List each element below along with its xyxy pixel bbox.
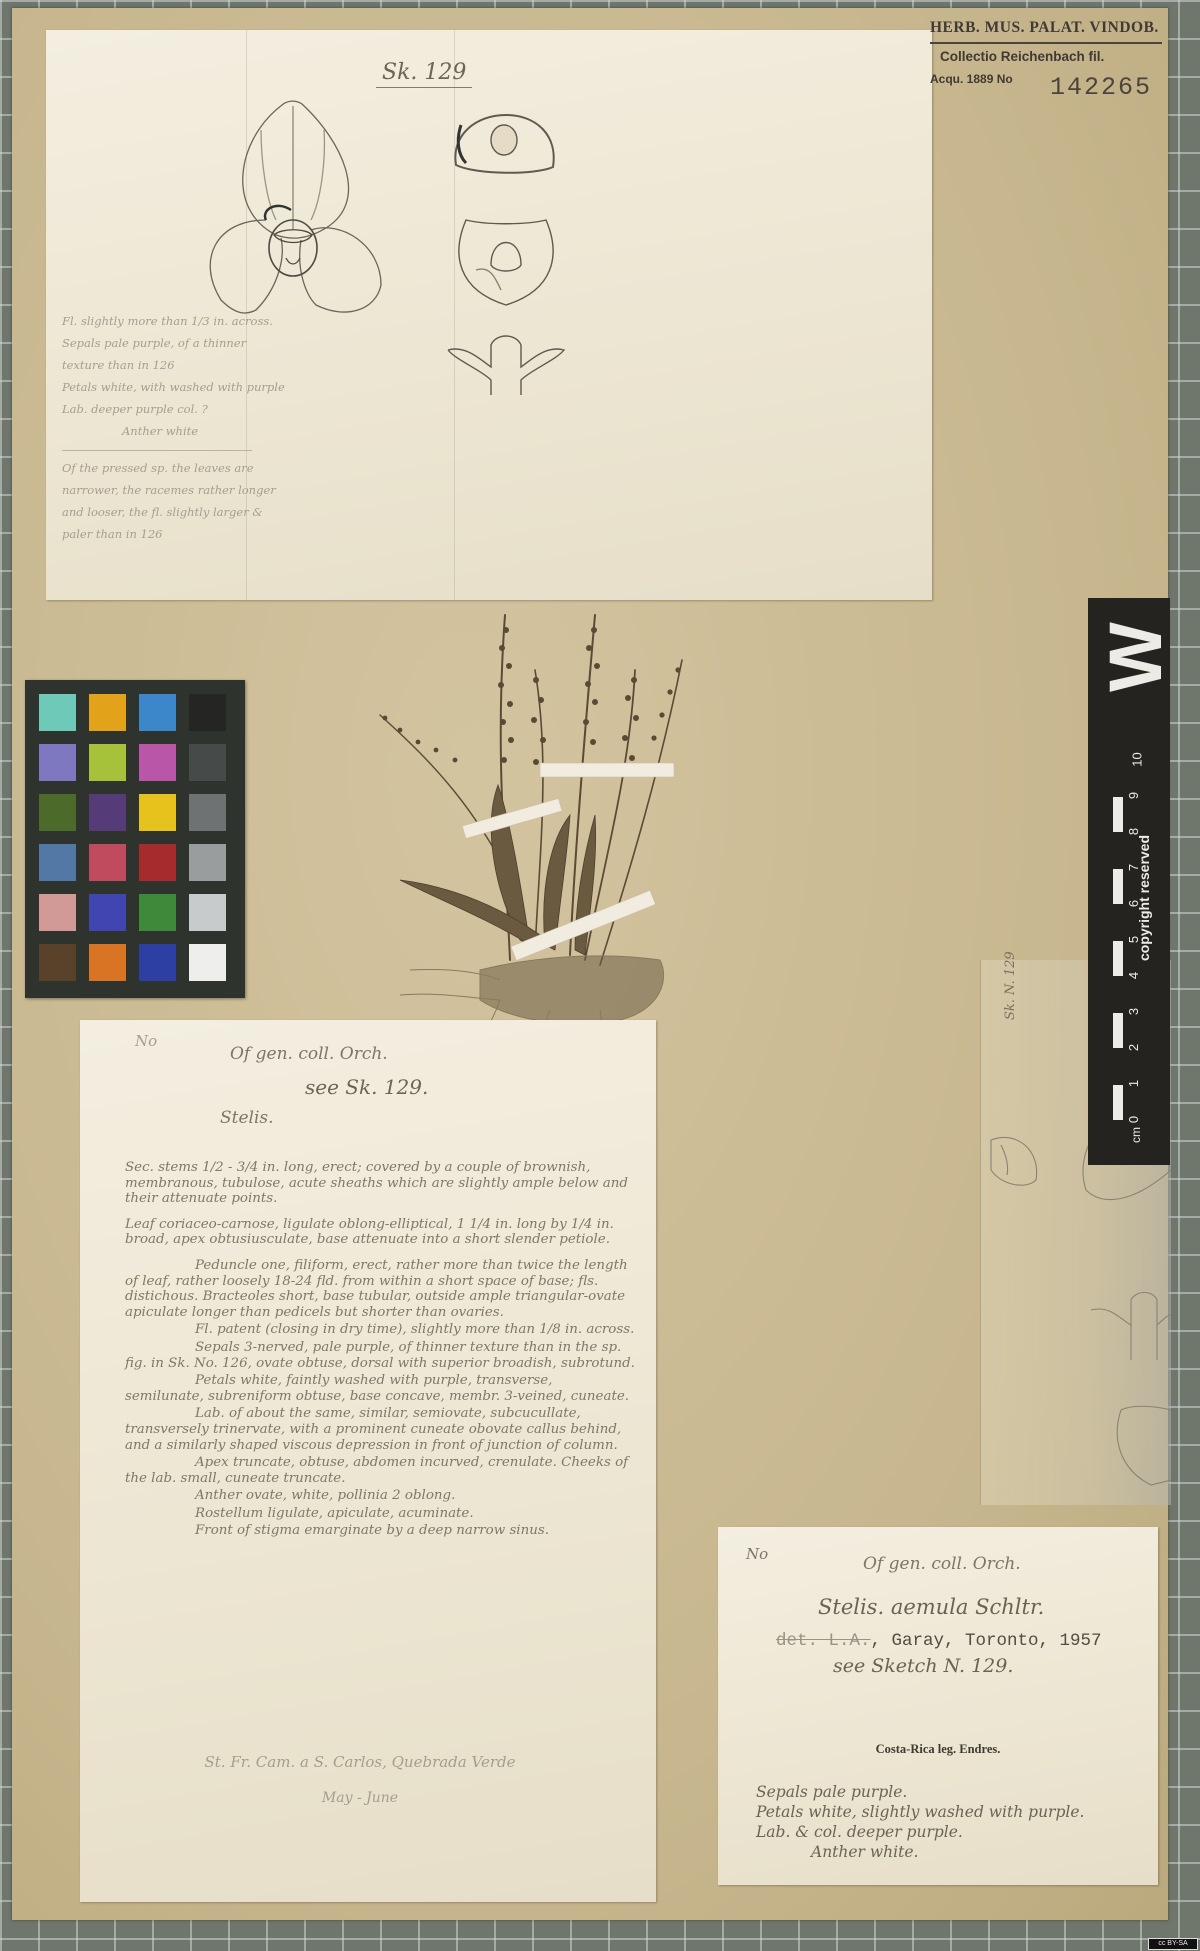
description-paragraph: Fl. patent (closing in dry time), slight… <box>125 1322 635 1338</box>
ruler-cm-block <box>1093 1048 1123 1085</box>
color-swatch <box>89 844 126 881</box>
stamp-acquisition: Acqu. 1889 No <box>930 72 1013 86</box>
label-note-line: Petals white, slightly washed with purpl… <box>756 1802 1156 1822</box>
label-number: No <box>746 1545 768 1563</box>
description-paragraph: Sepals 3-nerved, pale purple, of thinner… <box>125 1340 635 1371</box>
color-swatch <box>39 844 76 881</box>
description-paragraph: Anther ovate, white, pollinia 2 oblong. <box>125 1488 635 1504</box>
column-lip-drawings-icon <box>436 105 586 405</box>
determiner: det. L.A., Garay, Toronto, 1957 <box>776 1631 1102 1651</box>
determination-label: No Of gen. coll. Orch. Stelis. aemula Sc… <box>718 1527 1158 1885</box>
collection-date: May - June <box>140 1790 580 1806</box>
ruler-cm-block <box>1093 832 1123 869</box>
description-paragraph: Sec. stems 1/2 - 3/4 in. long, erect; co… <box>125 1160 635 1207</box>
description-paragraph: Leaf coriaceo-carnose, ligulate oblong-e… <box>125 1217 635 1248</box>
herbarium-stamp: HERB. MUS. PALAT. VINDOB. Collectio Reic… <box>930 15 1166 107</box>
sketch-note-line: Of the pressed sp. the leaves are <box>62 457 292 479</box>
label-note-line: Sepals pale purple. <box>756 1782 1156 1802</box>
label-note-line: Anther white. <box>756 1842 1156 1862</box>
ruler-cm-block <box>1093 868 1123 905</box>
color-swatch <box>39 944 76 981</box>
ruler-cm-block <box>1093 904 1123 941</box>
color-swatch <box>189 844 226 881</box>
color-swatch <box>139 894 176 931</box>
sketch-note-line: narrower, the racemes rather longer <box>62 479 292 501</box>
color-swatch <box>89 944 126 981</box>
pressed-orchid-specimen-icon <box>370 600 700 1080</box>
license-badge[interactable]: cc BY-SA <box>1148 1938 1198 1950</box>
envelope-sketch-icon <box>981 1110 1171 1490</box>
envelope-note: Sk. N. 129 <box>1003 951 1018 1020</box>
color-swatch <box>139 744 176 781</box>
ruler-tick-label: 3 <box>1126 1008 1141 1015</box>
ruler-tick-label: 6 <box>1126 900 1141 907</box>
color-swatch <box>189 794 226 831</box>
sketch-note-line: texture than in 126 <box>62 354 292 376</box>
label-sketch-ref: see Sketch N. 129. <box>833 1655 1013 1677</box>
color-swatch <box>39 744 76 781</box>
label-collection: Of gen. coll. Orch. <box>863 1554 1021 1574</box>
ruler-tick-label: 9 <box>1126 792 1141 799</box>
sketch-note-line: Anther white <box>62 420 292 442</box>
sketch-handwritten-notes: Fl. slightly more than 1/3 in. across. S… <box>62 310 292 545</box>
printed-locality: Costa-Rica leg. Endres. <box>718 1742 1158 1757</box>
scale-bar: W copyright reserved cm 012345678910 <box>1088 598 1170 1165</box>
ruler-tick-label: 0 <box>1126 1116 1141 1123</box>
color-swatch <box>89 694 126 731</box>
collection-locality: St. Fr. Cam. a S. Carlos, Quebrada Verde <box>140 1753 580 1771</box>
color-swatch <box>89 744 126 781</box>
ruler-cm-block <box>1093 796 1123 833</box>
ruler-tick-label: 5 <box>1126 936 1141 943</box>
ruler-cm-block <box>1093 760 1123 797</box>
description-body: Sec. stems 1/2 - 3/4 in. long, erect; co… <box>125 1160 635 1541</box>
color-swatch <box>39 894 76 931</box>
description-genus: Stelis. <box>220 1108 274 1128</box>
color-swatch <box>189 894 226 931</box>
sketch-note-line: paler than in 126 <box>62 523 292 545</box>
stamp-collection: Collectio Reichenbach fil. <box>940 49 1104 64</box>
color-swatch <box>189 694 226 731</box>
color-swatch <box>139 794 176 831</box>
color-swatch <box>89 894 126 931</box>
description-sheet: No Of gen. coll. Orch. see Sk. 129. Stel… <box>80 1020 656 1902</box>
color-swatch <box>139 694 176 731</box>
label-note-line: Lab. & col. deeper purple. <box>756 1822 1156 1842</box>
color-calibration-chart <box>25 680 245 998</box>
ruler-tick-label: 4 <box>1126 972 1141 979</box>
description-paragraph: Front of stigma emarginate by a deep nar… <box>125 1523 635 1539</box>
stamp-accession-number: 142265 <box>1050 73 1152 102</box>
ruler-tick-label: 10 <box>1130 752 1145 766</box>
description-paragraph: Rostellum ligulate, apiculate, acuminate… <box>125 1506 635 1522</box>
description-sketch-ref: see Sk. 129. <box>305 1075 428 1099</box>
stamp-rule <box>930 42 1162 44</box>
ruler-cm-block <box>1093 1084 1123 1121</box>
description-collection: Of gen. coll. Orch. <box>230 1044 388 1064</box>
description-paragraph: Lab. of about the same, similar, semiova… <box>125 1406 635 1453</box>
color-swatch <box>39 694 76 731</box>
sketch-note-line: and looser, the fl. slightly larger & <box>62 501 292 523</box>
color-swatch <box>189 744 226 781</box>
sketch-sheet: Sk. 129 Fl. slightly more than 1/3 in. a <box>46 30 932 600</box>
ruler-cm-block <box>1093 976 1123 1013</box>
ruler-cm-block <box>1093 1012 1123 1049</box>
description-number-label: No <box>135 1032 157 1050</box>
description-paragraph: Petals white, faintly washed with purple… <box>125 1373 635 1404</box>
label-color-notes: Sepals pale purple. Petals white, slight… <box>756 1782 1156 1862</box>
color-swatch <box>89 794 126 831</box>
ruler-tick-label: 1 <box>1126 1080 1141 1087</box>
ruler-tick-label: 7 <box>1126 864 1141 871</box>
ruler-unit: cm <box>1129 1127 1143 1143</box>
ruler-tick-label: 8 <box>1126 828 1141 835</box>
herbarium-w-logo: W <box>1096 640 1176 692</box>
sketch-note-line: Lab. deeper purple col. ? <box>62 398 292 420</box>
description-paragraph: Apex truncate, obtuse, abdomen incurved,… <box>125 1455 635 1486</box>
color-swatch <box>39 794 76 831</box>
color-swatch <box>189 944 226 981</box>
sketch-note-line: Petals white, with washed with purple <box>62 376 292 398</box>
cm-ruler <box>1093 760 1123 1120</box>
ruler-cm-block <box>1093 940 1123 977</box>
ruler-tick-label: 2 <box>1126 1044 1141 1051</box>
determiner-text: , Garay, Toronto, 1957 <box>871 1631 1102 1651</box>
description-paragraph: Peduncle one, filiform, erect, rather mo… <box>125 1258 635 1320</box>
copyright-text: copyright reserved <box>1136 762 1152 1034</box>
taxon-name: Stelis. aemula Schltr. <box>818 1595 1044 1619</box>
determiner-struck-text: det. L.A. <box>776 1631 871 1651</box>
sketch-note-line: Fl. slightly more than 1/3 in. across. <box>62 310 292 332</box>
color-swatch <box>139 944 176 981</box>
sketch-note-line: Sepals pale purple, of a thinner <box>62 332 292 354</box>
stamp-museum-name: HERB. MUS. PALAT. VINDOB. <box>930 19 1159 37</box>
note-divider <box>62 450 252 451</box>
color-swatch <box>139 844 176 881</box>
